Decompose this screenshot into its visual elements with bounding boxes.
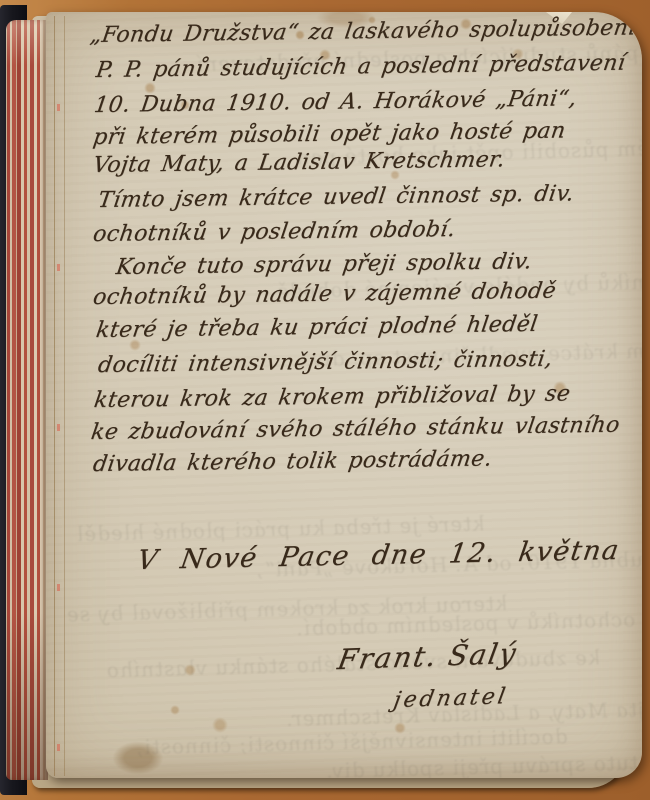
handwriting-line: Vojta Maty, a Ladislav Kretschmer. [91,147,506,178]
handwriting-line: Tímto jsem krátce uvedl činnost sp. div. [96,181,575,213]
red-page-edge-stack [6,20,48,780]
book-photo: P. P. pánů studujících a poslední předst… [0,0,650,800]
manuscript-page: P. P. pánů studujících a poslední předst… [46,12,642,778]
signature-role: jednatel [392,684,510,713]
handwriting-line: které je třeba ku práci plodné hleděl [94,312,539,343]
handwriting-line: P. P. pánů studujících a poslední předst… [94,51,627,83]
signature: Frant. Šalý [335,637,520,676]
handwriting-line: ochotníků by nadále v zájemné dohodě [91,279,557,311]
handwriting-line: kterou krok za krokem přibližoval by se [92,381,572,413]
page-gutter-crease [54,16,65,776]
handwriting-line: divadla kterého tolik postrádáme. [91,446,493,477]
handwriting-line: 10. Dubna 1910. od A. Horákové „Páni“, [92,86,578,118]
handwriting-line: ochotníků v posledním období. [91,217,457,247]
handwriting-line: ke zbudování svého stálého stánku vlastn… [89,413,621,445]
handwriting-line: docíliti intensivnější činnosti; činnost… [96,347,554,378]
